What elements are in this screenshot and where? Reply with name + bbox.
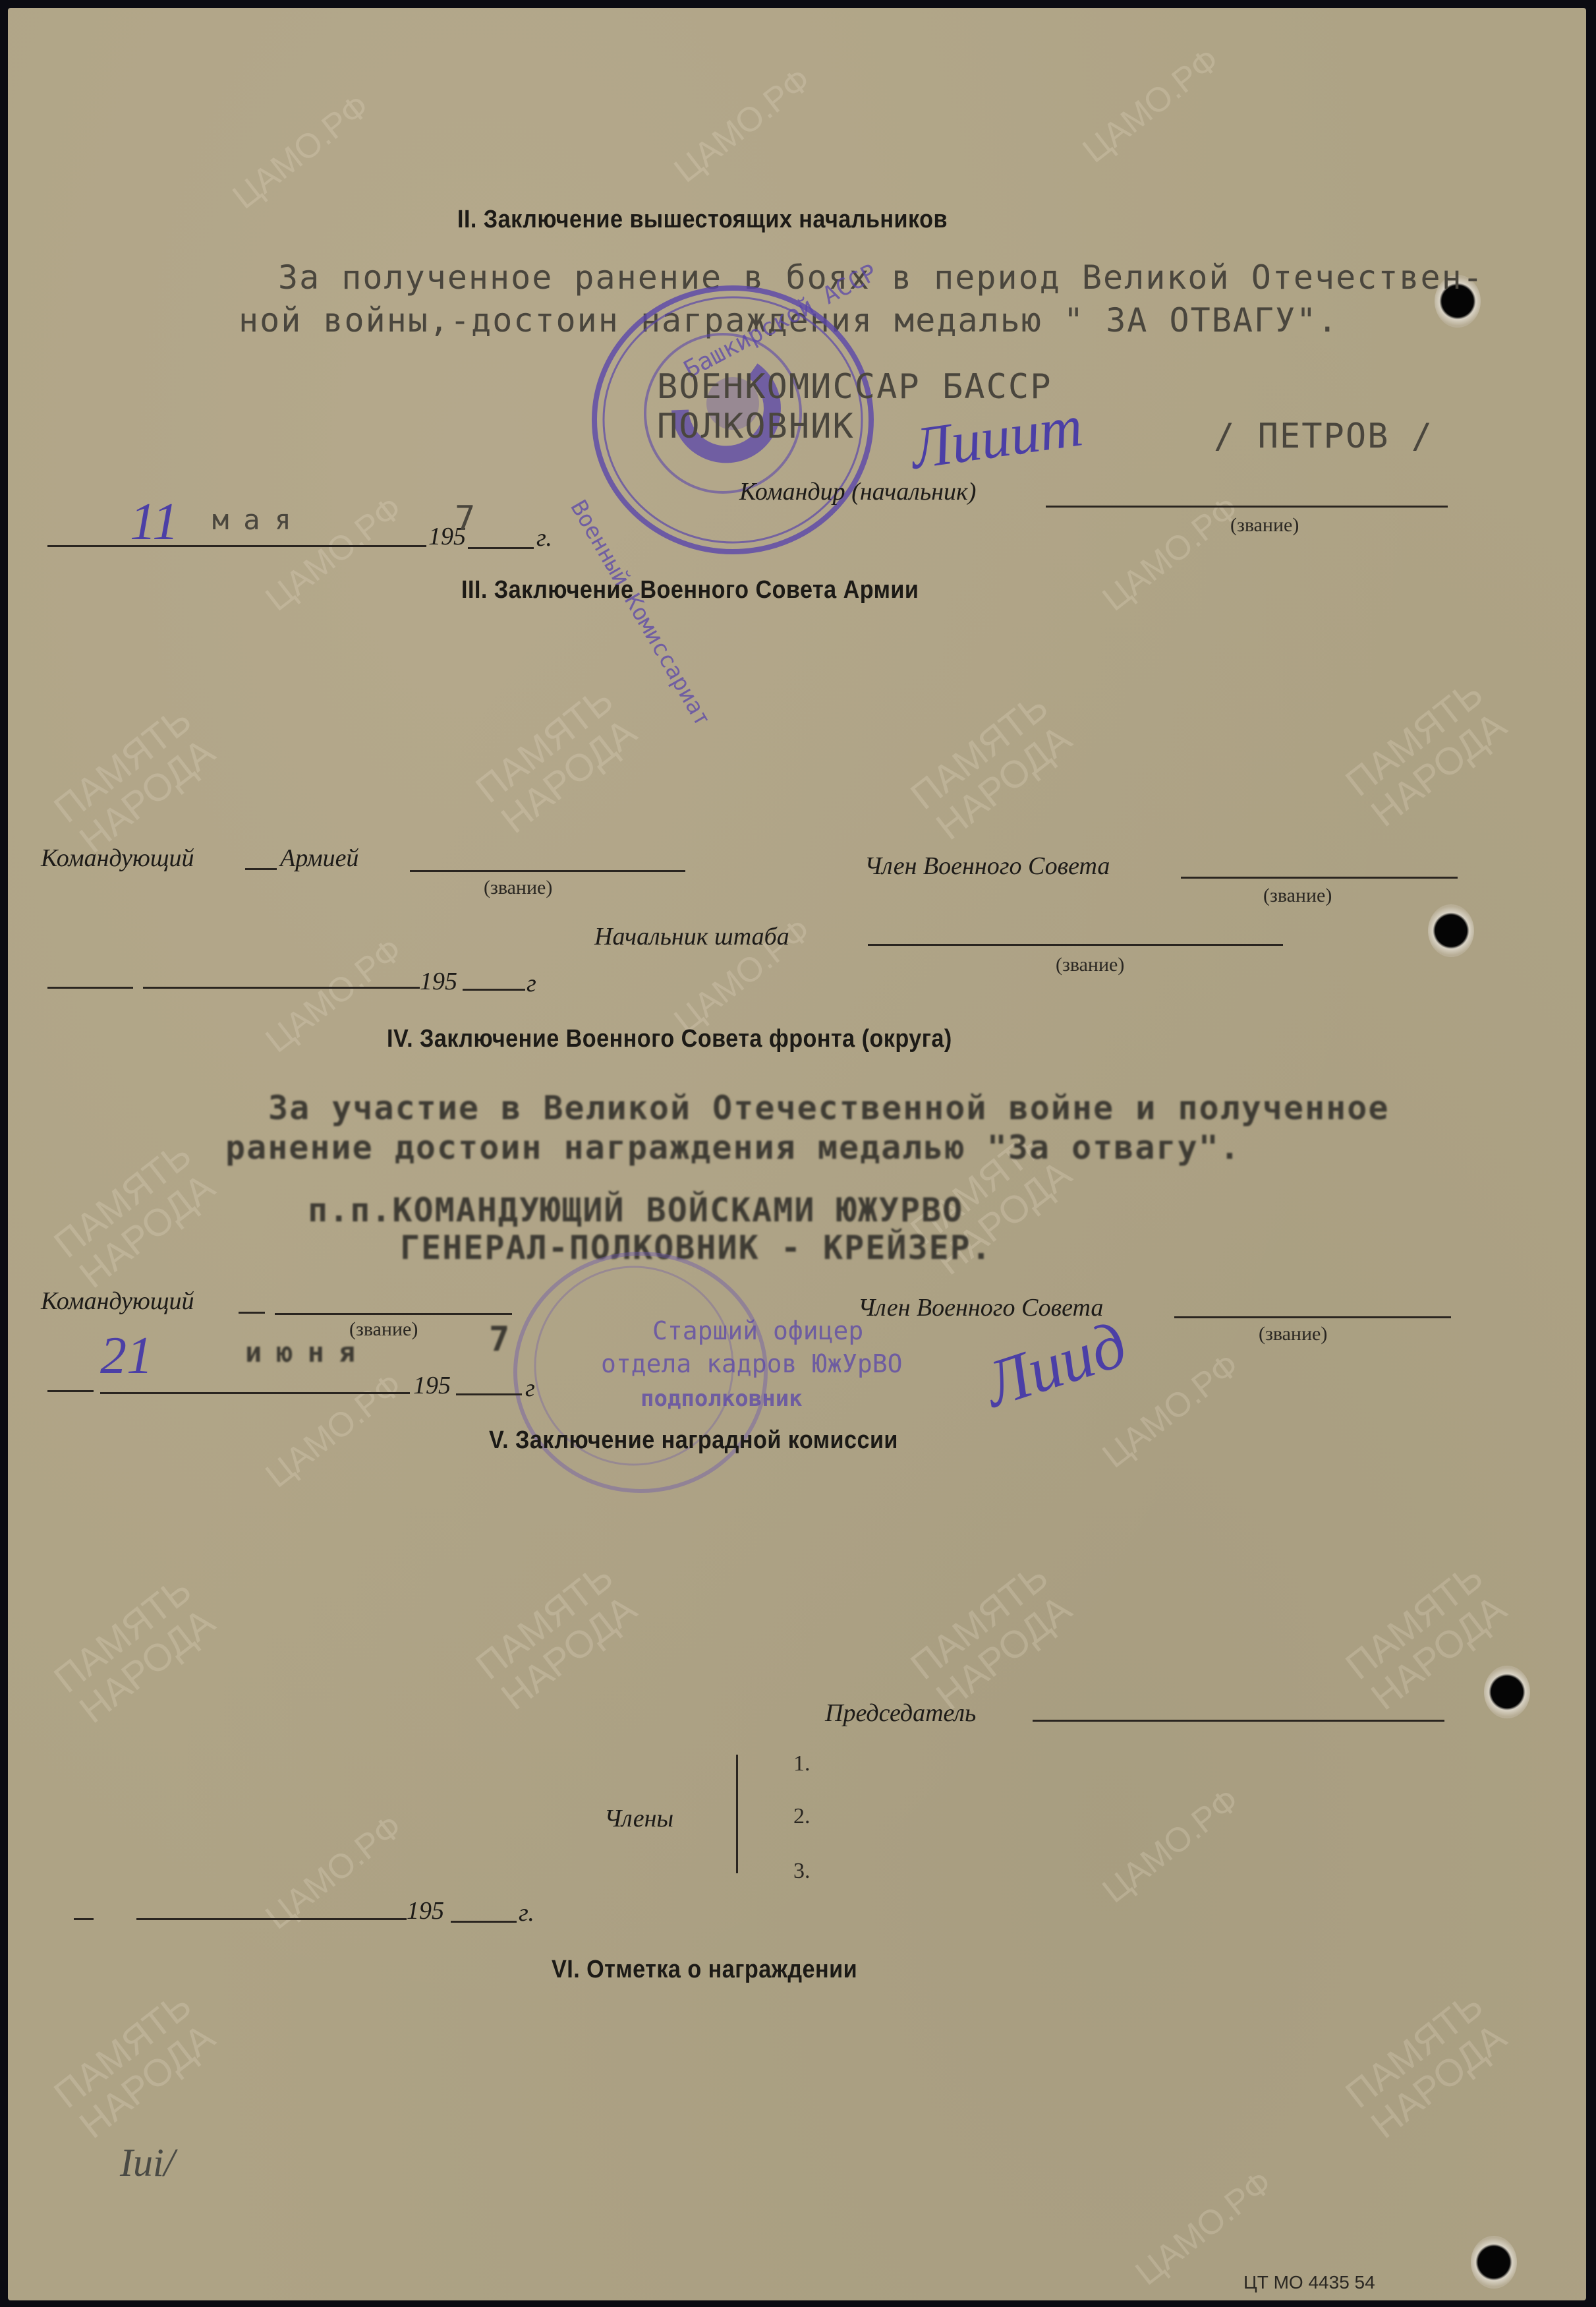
date-year-prefix: 195 — [420, 967, 457, 996]
date-month-typed: мая — [212, 504, 306, 536]
army-commander-line — [245, 868, 277, 870]
date-day-handwritten: 21 — [100, 1326, 153, 1386]
section-2-heading: II. Заключение вышестоящих начальников — [457, 206, 948, 234]
signatory-name: / ПЕТРОВ / — [1214, 417, 1433, 456]
date-month-typed: июня — [245, 1336, 370, 1368]
watermark-project: ПАМЯТЬНАРОДА — [904, 1557, 1079, 1718]
watermark-site: ЦАМО.РФ — [1095, 488, 1247, 619]
chairman-label: Председатель — [825, 1699, 976, 1728]
date-line — [456, 1393, 522, 1395]
section-4-heading: IV. Заключение Военного Совета фронта (о… — [387, 1025, 952, 1053]
chief-of-staff-label: Начальник штаба — [594, 922, 789, 951]
council-member-line — [1181, 877, 1458, 879]
front-commander-label: Командующий — [41, 1287, 194, 1316]
date-line — [463, 989, 525, 991]
date-line — [451, 1921, 517, 1923]
section-4-typed-line-2: ранение достоин награждения медалью "За … — [225, 1128, 1241, 1167]
pencil-mark-signature: Іиі/ — [120, 2140, 175, 2186]
section-5-heading: V. Заключение наградной комиссии — [489, 1426, 898, 1455]
date-g: г. — [536, 523, 552, 552]
signatory-title-line-2: ПОЛКОВНИК — [657, 407, 855, 446]
date-g: г. — [519, 1898, 534, 1927]
stamp-line-2: отдела кадров ЮжУрВО — [601, 1349, 903, 1378]
watermark-project: ПАМЯТЬНАРОДА — [904, 687, 1079, 848]
date-line — [136, 1918, 407, 1920]
army-commander-line — [410, 870, 685, 872]
watermark-project: ПАМЯТЬНАРОДА — [47, 1570, 223, 1732]
council-member-label: Член Военного Совета — [865, 852, 1110, 881]
council-member-signature: Лиид — [975, 1306, 1135, 1422]
signatory-title-line-1: ВОЕНКОМИССАР БАССР — [657, 367, 1052, 407]
chief-of-staff-line — [868, 944, 1283, 946]
watermark-site: ЦАМО.РФ — [225, 86, 377, 217]
watermark-project: ПАМЯТЬНАРОДА — [469, 1557, 644, 1718]
rank-caption: (звание) — [1263, 885, 1332, 907]
date-year-prefix: 195 — [407, 1896, 444, 1925]
section-6-heading: VI. Отметка о награждении — [552, 1956, 857, 1984]
chairman-signature-line — [1033, 1720, 1444, 1722]
date-line — [71, 545, 426, 547]
members-brace — [736, 1755, 751, 1873]
rank-caption: (звание) — [1230, 514, 1299, 537]
section-4-typed-line-1: За участие в Великой Отечественной войне… — [268, 1089, 1389, 1127]
date-line — [143, 987, 420, 989]
date-line — [47, 987, 133, 989]
print-code: ЦТ МО 4435 54 — [1243, 2272, 1375, 2293]
section-4-signed-line-1: п.п.КОМАНДУЮЩИЙ ВОЙСКАМИ ЮЖУРВО — [308, 1191, 963, 1229]
member-3: 3. — [793, 1859, 811, 1884]
commander-signature-line — [1046, 506, 1448, 508]
army-commander-label: Командующий — [41, 844, 194, 873]
commander-label: Командир (начальник) — [739, 477, 976, 506]
watermark-site: ЦАМО.РФ — [1095, 1780, 1247, 1911]
date-year-prefix: 195 — [413, 1371, 451, 1400]
council-member-label: Член Военного Совета — [858, 1293, 1103, 1322]
watermark-project: ПАМЯТЬНАРОДА — [47, 1135, 223, 1297]
document-page: ЦАМО.РФ ЦАМО.РФ ЦАМО.РФ ЦАМО.РФ ЦАМО.РФ … — [8, 8, 1586, 2300]
front-commander-line — [275, 1313, 512, 1315]
watermark-site: ЦАМО.РФ — [667, 60, 818, 190]
member-2: 2. — [793, 1804, 811, 1829]
front-commander-line — [239, 1312, 265, 1314]
stamp-line-3: подполковник — [641, 1386, 803, 1412]
punch-hole — [1484, 1666, 1530, 1718]
council-member-line — [1174, 1316, 1451, 1318]
watermark-site: ЦАМО.РФ — [1075, 40, 1227, 171]
date-year-suffix: 7 — [489, 1320, 511, 1359]
punch-hole — [1471, 2236, 1517, 2289]
date-year-suffix: 7 — [455, 499, 476, 539]
watermark-site: ЦАМО.РФ — [258, 1365, 410, 1496]
army-label: Армией — [280, 844, 358, 873]
section-3-heading: III. Заключение Военного Совета Армии — [461, 576, 919, 604]
watermark-project: ПАМЯТЬНАРОДА — [47, 1985, 223, 2147]
stamp-line-1: Старший офицер — [652, 1316, 863, 1345]
date-g: г — [525, 1374, 535, 1403]
watermark-project: ПАМЯТЬНАРОДА — [47, 700, 223, 861]
date-line — [47, 1390, 94, 1392]
date-line — [74, 1918, 94, 1920]
watermark-project: ПАМЯТЬНАРОДА — [469, 680, 644, 842]
member-1: 1. — [793, 1751, 811, 1776]
date-g: г — [527, 969, 536, 998]
rank-caption: (звание) — [1259, 1323, 1327, 1345]
date-line — [468, 547, 534, 549]
date-line — [100, 1392, 410, 1394]
watermark-project: ПАМЯТЬНАРОДА — [1339, 1985, 1514, 2147]
members-label: Члены — [604, 1804, 673, 1833]
date-day-handwritten: 11 — [130, 492, 179, 552]
rank-caption: (звание) — [1056, 954, 1124, 976]
watermark-project: ПАМЯТЬНАРОДА — [1339, 674, 1514, 835]
punch-hole — [1428, 904, 1474, 957]
rank-caption: (звание) — [484, 877, 552, 899]
date-line — [47, 545, 71, 547]
